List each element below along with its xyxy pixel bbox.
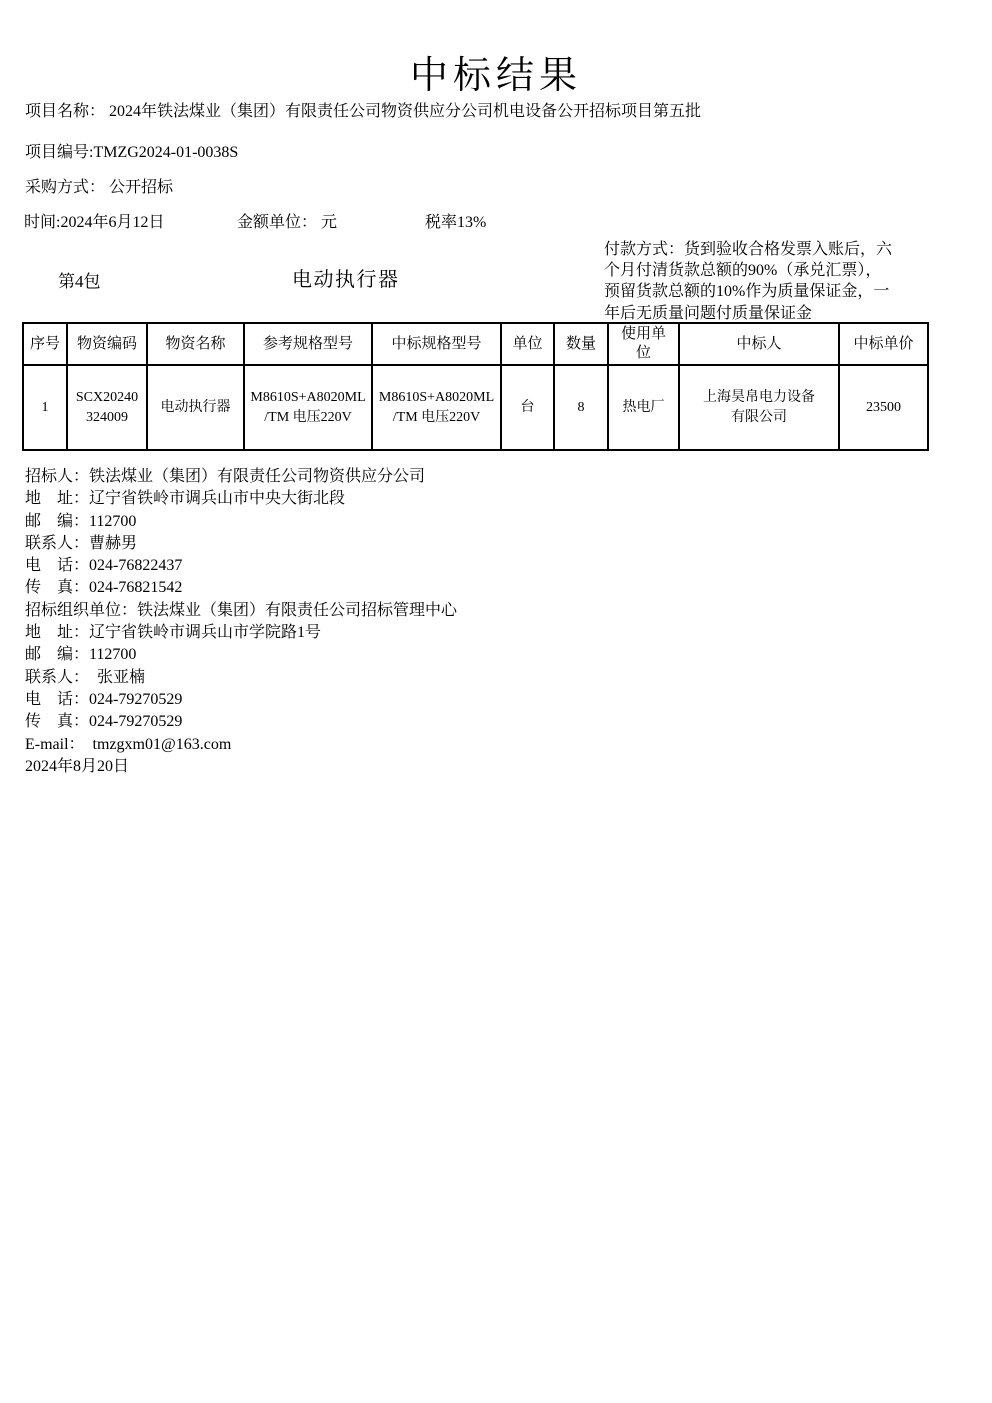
- cell-using-unit: 热电厂: [608, 365, 679, 450]
- header-material-code: 物资编码: [67, 323, 147, 365]
- procurement-method-line: 采购方式： 公开招标: [25, 174, 173, 197]
- contact-line-organizer-contact: 联系人： 张亚楠: [25, 667, 457, 689]
- header-quantity: 数量: [554, 323, 608, 365]
- header-winning-spec: 中标规格型号: [372, 323, 501, 365]
- header-reference-spec: 参考规格型号: [244, 323, 372, 365]
- header-winner: 中标人: [679, 323, 839, 365]
- doc-date: 2024年8月20日: [25, 756, 457, 778]
- tax-rate-field: 税率13%: [425, 209, 486, 232]
- document-page: 中标结果 项目名称： 2024年铁法煤业（集团）有限责任公司物资供应分公司机电设…: [0, 0, 992, 1403]
- table-row: 1 SCX20240 324009 电动执行器 M8610S+A8020ML /…: [23, 365, 928, 450]
- time-field: 时间:2024年6月12日: [24, 209, 164, 232]
- contact-line-organizer-address: 地 址：辽宁省铁岭市调兵山市学院路1号: [25, 622, 457, 644]
- cell-winner: 上海昊帛电力设备 有限公司: [679, 365, 839, 450]
- cell-material-code: SCX20240 324009: [67, 365, 147, 450]
- cell-unit: 台: [501, 365, 554, 450]
- payment-terms-note: 付款方式：货到验收合格发票入账后，六 个月付清货款总额的90%（承兑汇票）， 预…: [604, 239, 916, 324]
- header-unit: 单位: [501, 323, 554, 365]
- cell-reference-spec: M8610S+A8020ML /TM 电压220V: [244, 365, 372, 450]
- contact-line-fax: 传 真：024-76821542: [25, 577, 457, 599]
- project-name-line: 项目名称： 2024年铁法煤业（集团）有限责任公司物资供应分公司机电设备公开招标…: [25, 98, 701, 121]
- contact-line-organizer-fax: 传 真：024-79270529: [25, 711, 457, 733]
- header-material-name: 物资名称: [147, 323, 244, 365]
- contact-line-organizer-postcode: 邮 编：112700: [25, 644, 457, 666]
- project-code-line: 项目编号:TMZG2024-01-0038S: [25, 139, 238, 162]
- doc-title: 中标结果: [0, 44, 992, 99]
- contact-line-tenderer: 招标人：铁法煤业（集团）有限责任公司物资供应分公司: [25, 466, 457, 488]
- bid-results-table: 序号 物资编码 物资名称 参考规格型号 中标规格型号 单位 数量 使用单 位 中…: [22, 322, 929, 451]
- cell-serial-no: 1: [23, 365, 67, 450]
- header-winning-unit-price: 中标单价: [839, 323, 928, 365]
- contact-line-organizer: 招标组织单位：铁法煤业（集团）有限责任公司招标管理中心: [25, 600, 457, 622]
- table-header-row: 序号 物资编码 物资名称 参考规格型号 中标规格型号 单位 数量 使用单 位 中…: [23, 323, 928, 365]
- contact-line-address: 地 址：辽宁省铁岭市调兵山市中央大街北段: [25, 488, 457, 510]
- package-number: 第4包: [58, 267, 101, 292]
- header-serial-no: 序号: [23, 323, 67, 365]
- cell-material-name: 电动执行器: [147, 365, 244, 450]
- amount-unit-field: 金额单位： 元: [237, 209, 337, 232]
- cell-winning-unit-price: 23500: [839, 365, 928, 450]
- contact-line-contact-person: 联系人：曹赫男: [25, 533, 457, 555]
- package-name: 电动执行器: [292, 263, 400, 292]
- contact-line-phone: 电 话：024-76822437: [25, 555, 457, 577]
- contact-line-postcode: 邮 编：112700: [25, 511, 457, 533]
- cell-quantity: 8: [554, 365, 608, 450]
- contact-line-email: E-mail： tmzgxm01@163.com: [25, 734, 457, 756]
- header-using-unit: 使用单 位: [608, 323, 679, 365]
- cell-winning-spec: M8610S+A8020ML /TM 电压220V: [372, 365, 501, 450]
- contact-line-organizer-phone: 电 话：024-79270529: [25, 689, 457, 711]
- contact-info-block: 招标人：铁法煤业（集团）有限责任公司物资供应分公司 地 址：辽宁省铁岭市调兵山市…: [25, 466, 457, 778]
